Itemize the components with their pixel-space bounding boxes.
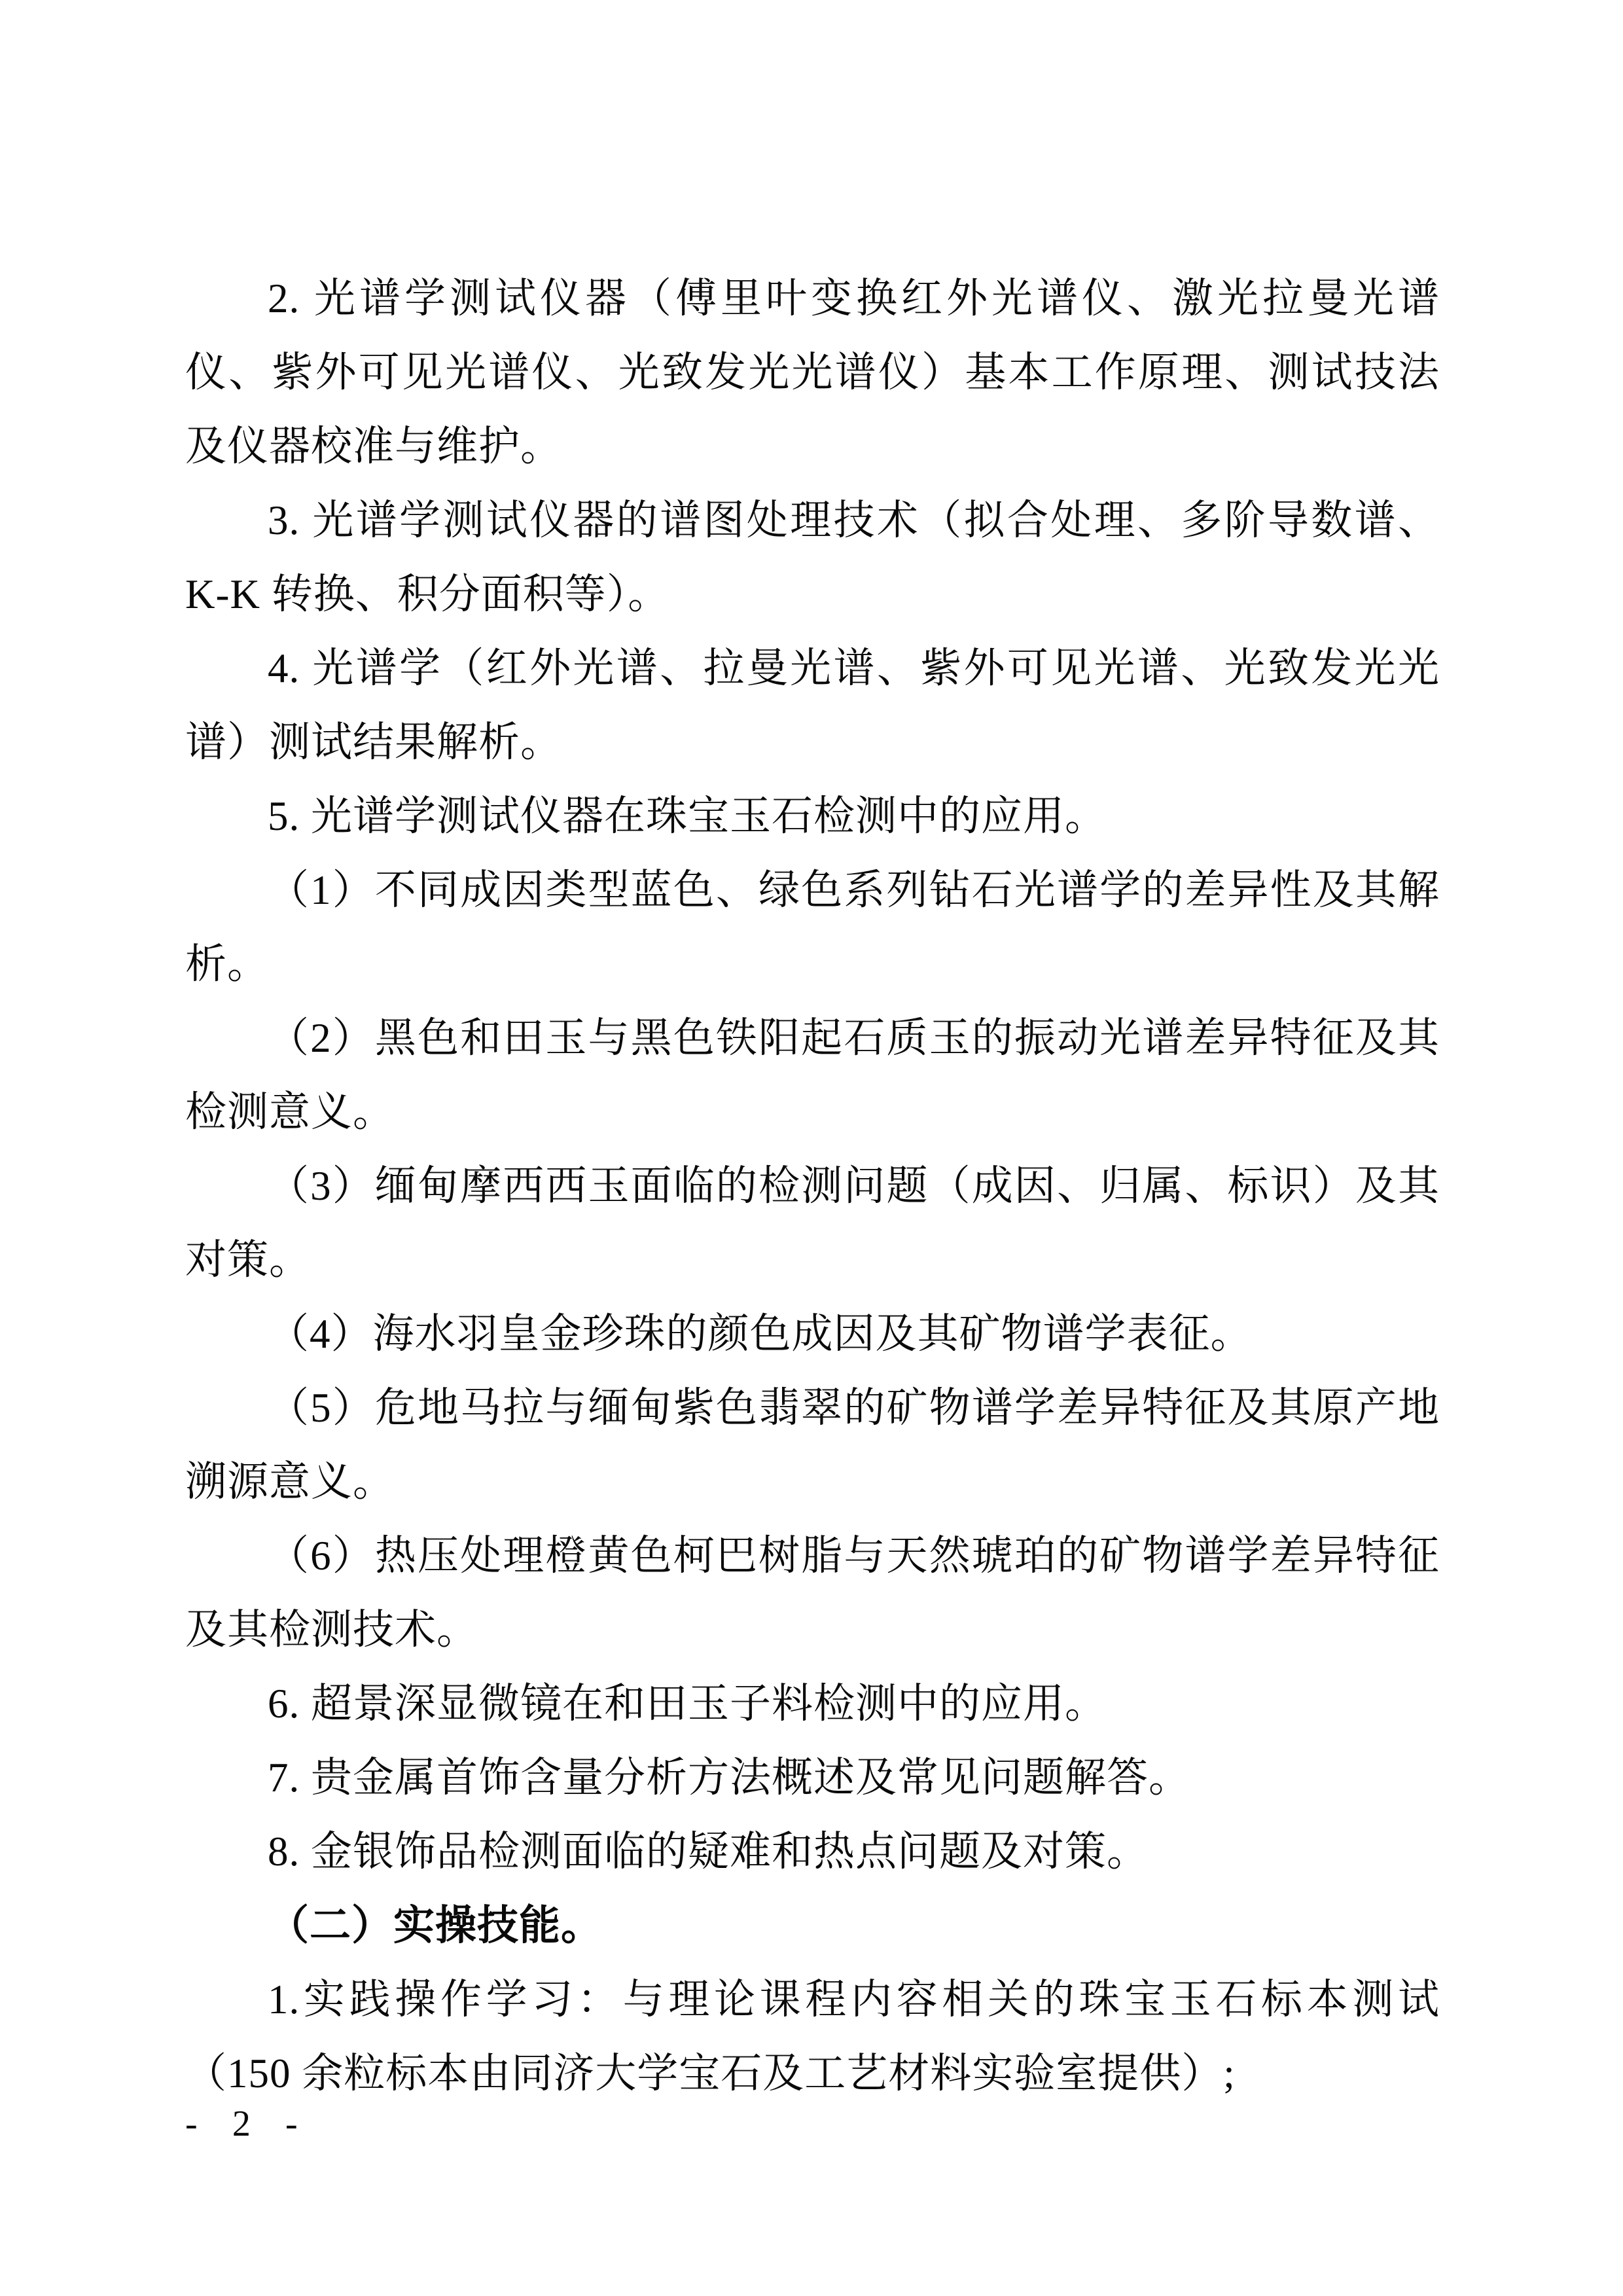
paragraph-item-5: 5. 光谱学测试仪器在珠宝玉石检测中的应用。 <box>185 780 1440 853</box>
document-body: 2. 光谱学测试仪器（傅里叶变换红外光谱仪、激光拉曼光谱仪、紫外可见光谱仪、光致… <box>185 262 1440 2111</box>
paragraph-item-4: 4. 光谱学（红外光谱、拉曼光谱、紫外可见光谱、光致发光光谱）测试结果解析。 <box>185 632 1440 780</box>
paragraph-practice-item-1: 1.实践操作学习：与理论课程内容相关的珠宝玉石标本测试（150 余粒标本由同济大… <box>185 1963 1440 2111</box>
paragraph-subitem-4: （4）海水羽皇金珍珠的颜色成因及其矿物谱学表征。 <box>185 1297 1440 1371</box>
paragraph-item-8: 8. 金银饰品检测面临的疑难和热点问题及对策。 <box>185 1815 1440 1889</box>
paragraph-item-7: 7. 贵金属首饰含量分析方法概述及常见问题解答。 <box>185 1741 1440 1815</box>
section-heading-practical-skills: （二）实操技能。 <box>185 1889 1440 1963</box>
paragraph-subitem-2: （2）黑色和田玉与黑色铁阳起石质玉的振动光谱差异特征及其检测意义。 <box>185 1001 1440 1149</box>
paragraph-item-2: 2. 光谱学测试仪器（傅里叶变换红外光谱仪、激光拉曼光谱仪、紫外可见光谱仪、光致… <box>185 262 1440 484</box>
paragraph-item-6: 6. 超景深显微镜在和田玉子料检测中的应用。 <box>185 1667 1440 1741</box>
paragraph-subitem-1: （1）不同成因类型蓝色、绿色系列钻石光谱学的差异性及其解析。 <box>185 853 1440 1001</box>
paragraph-subitem-5: （5）危地马拉与缅甸紫色翡翠的矿物谱学差异特征及其原产地溯源意义。 <box>185 1371 1440 1519</box>
paragraph-subitem-6: （6）热压处理橙黄色柯巴树脂与天然琥珀的矿物谱学差异特征及其检测技术。 <box>185 1519 1440 1667</box>
paragraph-subitem-3: （3）缅甸摩西西玉面临的检测问题（成因、归属、标识）及其对策。 <box>185 1149 1440 1297</box>
document-page: 2. 光谱学测试仪器（傅里叶变换红外光谱仪、激光拉曼光谱仪、紫外可见光谱仪、光致… <box>0 0 1623 2296</box>
paragraph-item-3: 3. 光谱学测试仪器的谱图处理技术（拟合处理、多阶导数谱、K-K 转换、积分面积… <box>185 484 1440 632</box>
page-number: - 2 - <box>185 2098 310 2150</box>
